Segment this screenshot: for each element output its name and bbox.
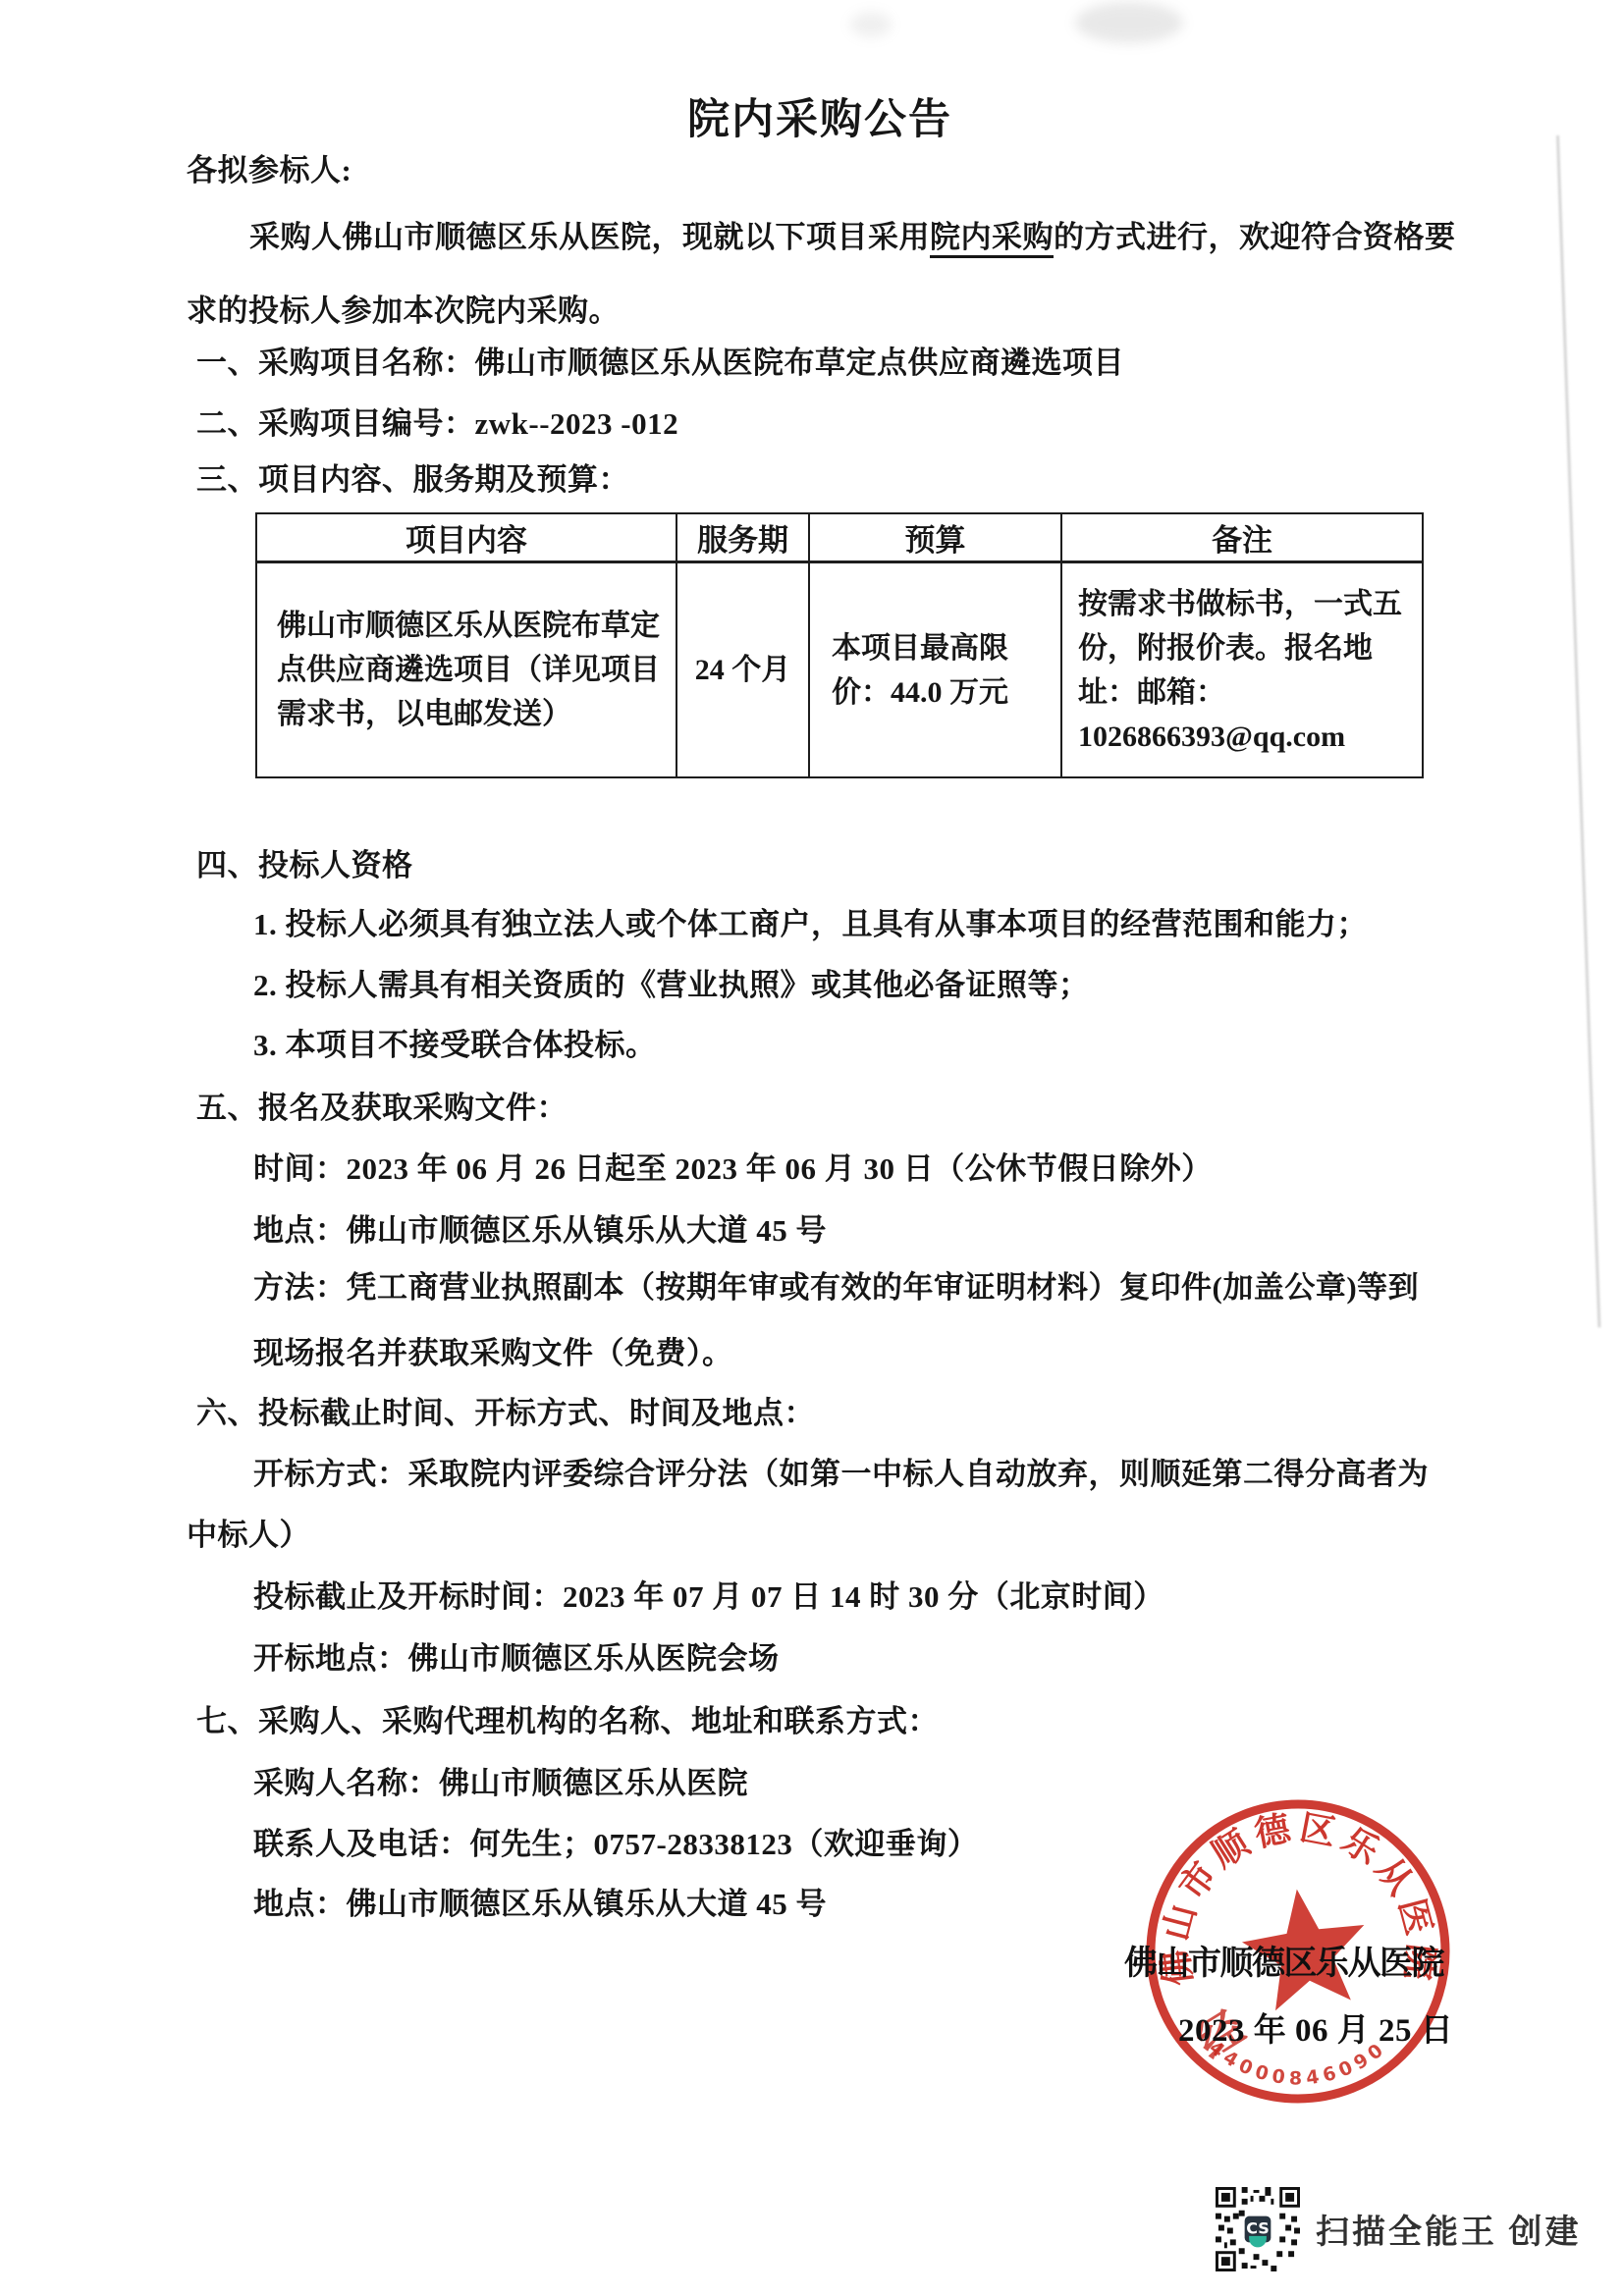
camscanner-badge-label: CS [1246,2218,1270,2237]
section-5-place: 地点：佛山市顺德区乐从镇乐从大道 45 号 [253,1205,827,1250]
signature-hospital-name: 佛山市顺德区乐从医院 [1124,1936,1443,1984]
col-header-project-content: 项目内容 [256,513,676,562]
qr-code: CS [1216,2187,1300,2271]
section-7-contact: 联系人及电话：何先生；0757-28338123（欢迎垂询） [253,1819,978,1863]
col-header-remarks: 备注 [1061,513,1423,562]
cell-budget: 本项目最高限 价：44.0 万元 [809,562,1061,778]
intro-line-2: 求的投标人参加本次院内采购。 [187,286,620,330]
section-4-heading: 四、投标人资格 [196,840,413,884]
section-5-time: 时间：2023 年 06 月 26 日起至 2023 年 06 月 30 日（公… [253,1144,1213,1188]
document-title: 院内采购公告 [187,86,1453,146]
section-6-open-method-line-2: 中标人） [187,1510,310,1554]
intro-part1: 采购人佛山市顺德区乐从医院，现就以下项目采用 [249,220,930,254]
item-1-project-name: 一、采购项目名称：佛山市顺德区乐从医院布草定点供应商遴选项目 [196,338,1124,382]
cell-service-period: 24 个月 [676,562,809,778]
section-5-heading: 五、报名及获取采购文件： [196,1083,568,1127]
section-4-item-1: 1. 投标人必须具有独立法人或个体工商户，且具有从事本项目的经营范围和能力； [253,899,1368,943]
scan-smudge [850,12,892,37]
salutation: 各拟参标人: [187,145,352,189]
item-3-contents-heading: 三、项目内容、服务期及预算： [196,454,629,499]
section-4-item-3: 3. 本项目不接受联合体投标。 [253,1020,657,1064]
section-6-open-place: 开标地点：佛山市顺德区乐从医院会场 [253,1633,780,1678]
section-7-address: 地点：佛山市顺德区乐从镇乐从大道 45 号 [253,1879,827,1923]
section-5-method-line-1: 方法：凭工商营业执照副本（按期年审或有效的年审证明材料）复印件(加盖公章)等到 [253,1262,1419,1307]
section-7-purchaser: 采购人名称：佛山市顺德区乐从医院 [253,1758,748,1802]
table-row: 佛山市顺德区乐从医院布草定点供应商遴选项目（详见项目需求书，以电邮发送） 24 … [256,562,1423,778]
intro-line-1: 采购人佛山市顺德区乐从医院，现就以下项目采用院内采购的方式进行，欢迎符合资格要 [249,212,1456,256]
scan-smudge [1075,2,1183,43]
section-4-item-2: 2. 投标人需具有相关资质的《营业执照》或其他必备证照等； [253,960,1090,1004]
project-summary-table: 项目内容 服务期 预算 备注 佛山市顺德区乐从医院布草定点供应商遴选项目（详见项… [255,512,1424,778]
section-5-method-line-2: 现场报名并获取采购文件（免费）。 [253,1328,733,1372]
section-7-heading: 七、采购人、采购代理机构的名称、地址和联系方式： [196,1696,939,1740]
table-header-row: 项目内容 服务期 预算 备注 [256,513,1423,562]
item-2-project-number: 二、采购项目编号：zwk--2023 -012 [196,399,678,443]
col-header-service-period: 服务期 [676,513,809,562]
signature-date: 2023 年 06 月 25 日 [1178,2004,1453,2051]
cell-project-content: 佛山市顺德区乐从医院布草定点供应商遴选项目（详见项目需求书，以电邮发送） [256,562,676,778]
intro-part2: 的方式进行，欢迎符合资格要 [1054,220,1456,254]
camscanner-caption: 扫描全能王 创建 [1316,2205,1582,2253]
section-6-heading: 六、投标截止时间、开标方式、时间及地点： [196,1388,815,1432]
scan-fold-line [1556,135,1600,1327]
section-6-deadline: 投标截止及开标时间：2023 年 07 月 07 日 14 时 30 分（北京时… [253,1572,1164,1616]
intro-underlined-term: 院内采购 [930,220,1054,258]
col-header-budget: 预算 [809,513,1061,562]
section-6-open-method-line-1: 开标方式：采取院内评委综合评分法（如第一中标人自动放弃，则顺延第二得分高者为 [253,1449,1429,1493]
scanned-document-page: 院内采购公告 各拟参标人: 采购人佛山市顺德区乐从医院，现就以下项目采用院内采购… [0,0,1623,2296]
cell-remarks: 按需求书做标书，一式五份，附报价表。报名地址：邮箱：1026866393@qq.… [1061,562,1423,778]
